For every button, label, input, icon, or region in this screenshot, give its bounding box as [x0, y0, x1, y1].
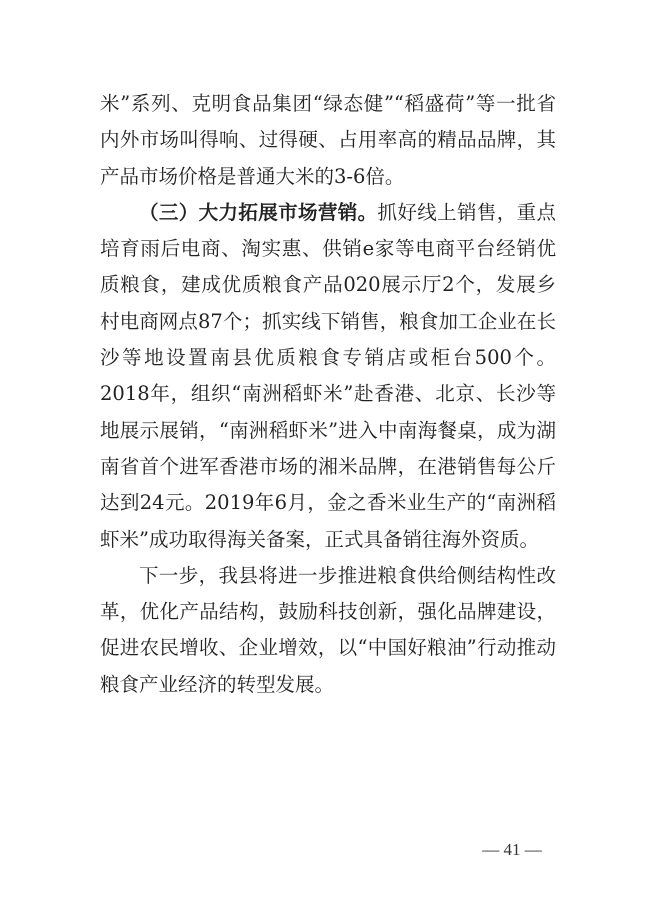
- document-page: 米”系列、克明食品集团“绿态健”“稻盛荷”等一批省内外市场叫得响、过得硬、占用率…: [0, 0, 650, 919]
- document-body: 米”系列、克明食品集团“绿态健”“稻盛荷”等一批省内外市场叫得响、过得硬、占用率…: [100, 86, 556, 703]
- paragraph-marketing: （三）大力拓展市场营销。抓好线上销售，重点培育雨后电商、淘实惠、供销e家等电商平…: [100, 195, 556, 558]
- paragraph-continuation: 米”系列、克明食品集团“绿态健”“稻盛荷”等一批省内外市场叫得响、过得硬、占用率…: [100, 86, 556, 195]
- section-text: 抓好线上销售，重点培育雨后电商、淘实惠、供销e家等电商平台经销优质粮食，建成优质…: [100, 201, 556, 551]
- section-heading: （三）大力拓展市场营销。: [139, 201, 377, 224]
- page-number: — 41 —: [462, 840, 562, 860]
- paragraph-next-step: 下一步，我县将进一步推进粮食供给侧结构性改革，优化产品结构，鼓励科技创新，强化品…: [100, 558, 556, 703]
